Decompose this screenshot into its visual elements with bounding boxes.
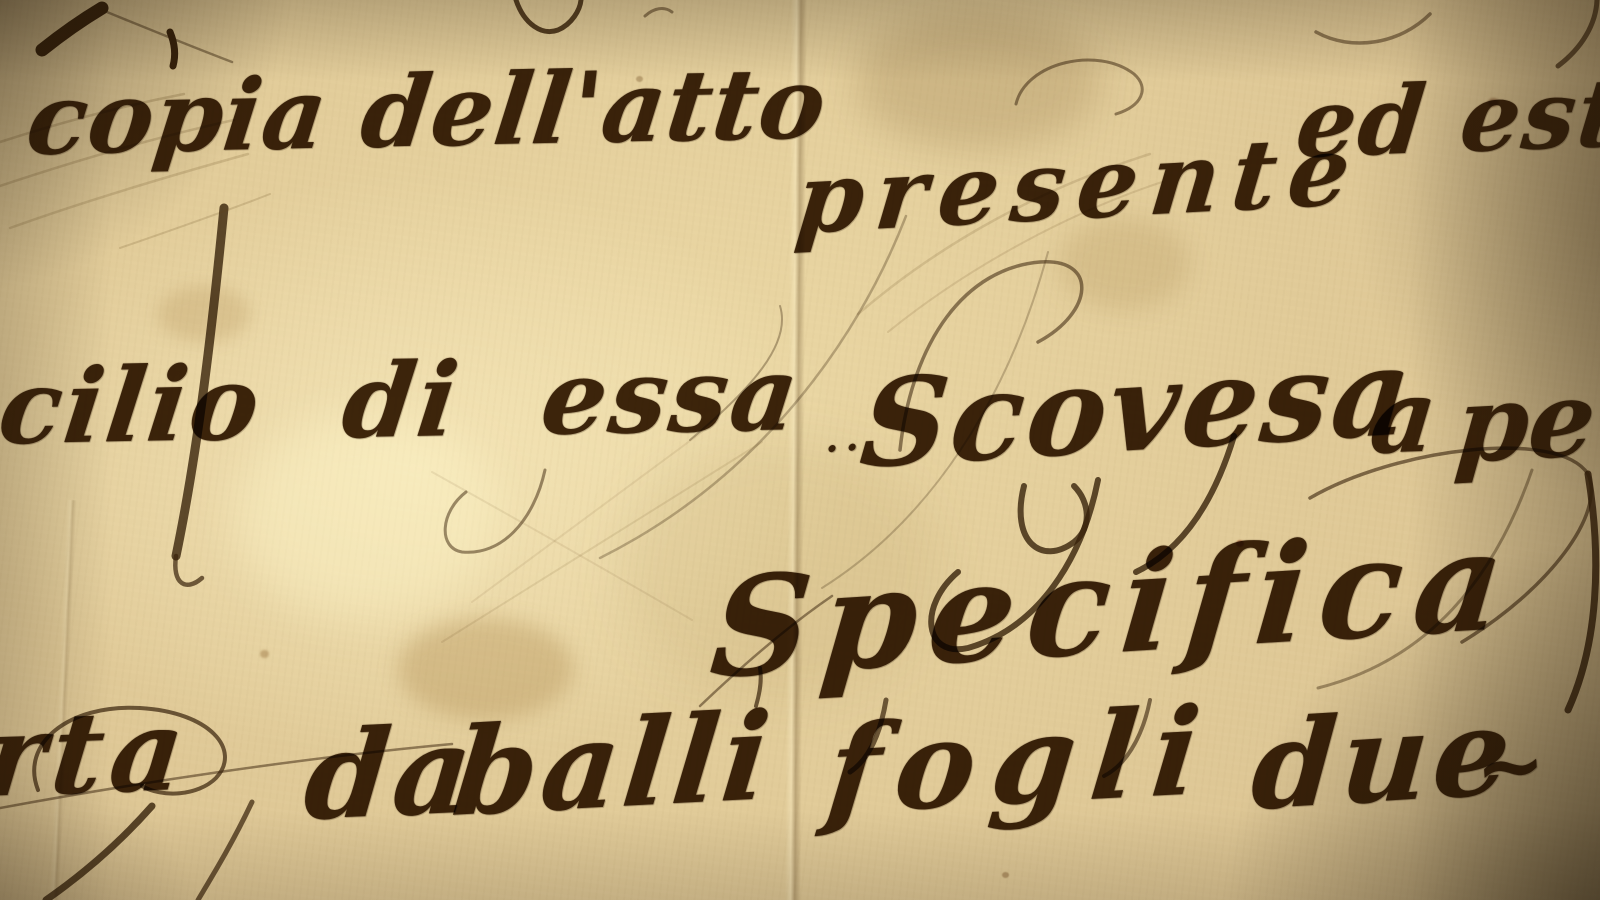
ink-speck	[260, 650, 269, 658]
handwriting-line4-dash: ~	[1472, 721, 1548, 810]
handwriting-line4-balli: balli	[448, 697, 779, 834]
handwriting-line3-title: Specifica	[706, 512, 1521, 698]
handwriting-line1-left: copia dell'atto	[22, 55, 832, 170]
manuscript-photo: copia dell'atto presente ed estat icilio…	[0, 0, 1600, 900]
stain	[158, 286, 250, 342]
handwriting-line2-a: a	[1366, 365, 1441, 468]
handwriting-line1-right: ed estat	[1292, 62, 1600, 172]
handwriting-line4-frag: rta	[0, 694, 196, 814]
handwriting-line2-left: icilio di essa	[0, 343, 806, 460]
handwriting-line2-name: Scovesa	[856, 331, 1419, 486]
ink-speck	[1002, 872, 1009, 878]
handwriting-line4-fogli: fogli	[822, 691, 1221, 832]
handwriting-line2-right: pe	[1452, 366, 1600, 478]
handwriting-line1-mid: presente	[792, 122, 1367, 248]
